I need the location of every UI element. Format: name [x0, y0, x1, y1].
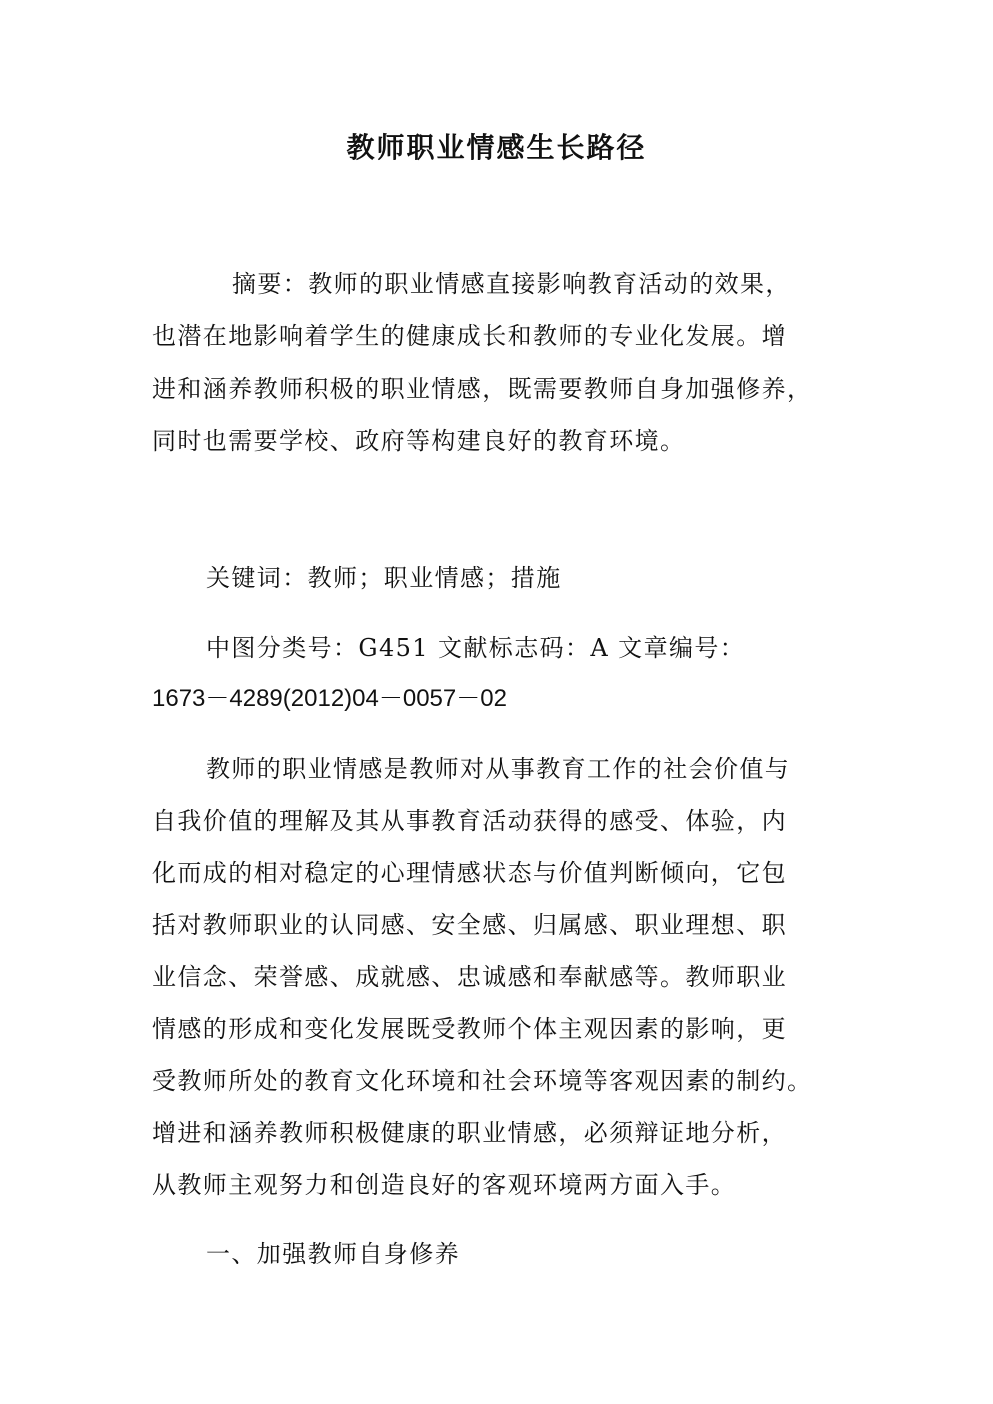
abstract-line: 同时也需要学校、政府等构建良好的教育环境。: [152, 424, 685, 458]
document-page: 教师职业情感生长路径 摘要：教师的职业情感直接影响教育活动的效果， 也潜在地影响…: [0, 0, 993, 1404]
abstract-line: 也潜在地影响着学生的健康成长和教师的专业化发展。增: [152, 319, 787, 353]
paragraph-line: 自我价值的理解及其从事教育活动获得的感受、体验，内: [152, 804, 787, 838]
section-heading: 一、加强教师自身修养: [206, 1237, 460, 1271]
paragraph-line: 情感的形成和变化发展既受教师个体主观因素的影响，更: [152, 1012, 787, 1046]
paragraph-line: 教师的职业情感是教师对从事教育工作的社会价值与: [206, 752, 790, 786]
paragraph-line: 增进和涵养教师积极健康的职业情感，必须辩证地分析，: [152, 1116, 787, 1150]
document-title: 教师职业情感生长路径: [0, 126, 993, 170]
paragraph-line: 受教师所处的教育文化环境和社会环境等客观因素的制约。: [152, 1064, 812, 1098]
paragraph-line: 化而成的相对稳定的心理情感状态与价值判断倾向，它包: [152, 856, 787, 890]
keywords: 关键词：教师；职业情感；措施: [206, 561, 562, 595]
paragraph-line: 括对教师职业的认同感、安全感、归属感、职业理想、职: [152, 908, 787, 942]
classification-line: 中图分类号：G451 文献标志码：A 文章编号：: [206, 631, 745, 665]
paragraph-line: 从教师主观努力和创造良好的客观环境两方面入手。: [152, 1168, 736, 1202]
abstract-line: 进和涵养教师积极的职业情感，既需要教师自身加强修养，: [152, 372, 812, 406]
article-number: 1673－4289(2012)04－0057－02: [152, 682, 507, 716]
paragraph-line: 业信念、荣誉感、成就感、忠诚感和奉献感等。教师职业: [152, 960, 787, 994]
abstract-line: 摘要：教师的职业情感直接影响教育活动的效果，: [232, 267, 791, 301]
